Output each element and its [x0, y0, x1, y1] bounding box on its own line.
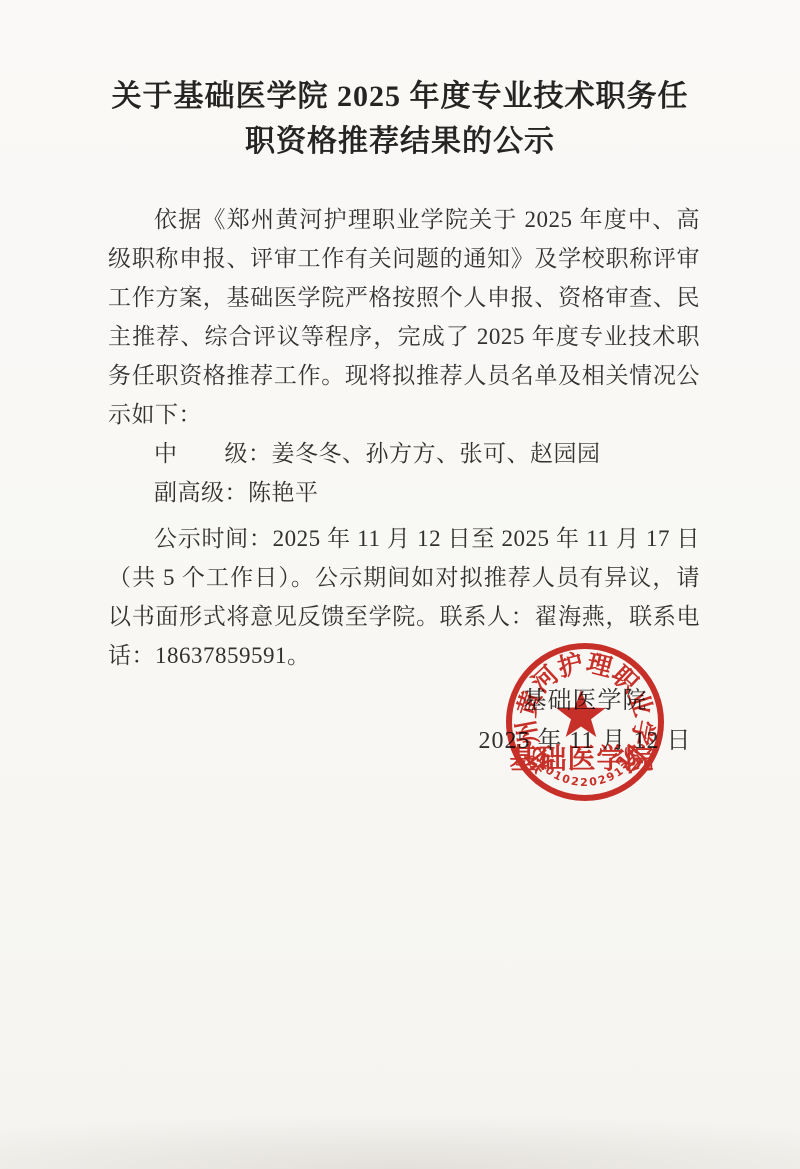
intro-paragraph: 依据《郑州黄河护理职业学院关于 2025 年度中、高级职称申报、评审工作有关问题… — [108, 200, 700, 434]
title-line-1: 关于基础医学院 2025 年度专业技术职务任 — [112, 80, 689, 113]
document-body: 依据《郑州黄河护理职业学院关于 2025 年度中、高级职称申报、评审工作有关问题… — [108, 200, 700, 675]
official-seal-stamp: 郑州黄河护理职业学院 基础医学院 4101022029175 — [485, 622, 685, 822]
stamp-inner-text: 基础医学院 — [509, 743, 654, 775]
senior-level-recommendation-line: 副高级：陈艳平 — [108, 473, 700, 512]
mid-level-recommendation-line: 中 级：姜冬冬、孙方方、张可、赵园园 — [108, 434, 700, 473]
title-line-2: 职资格推荐结果的公示 — [245, 125, 555, 158]
scanned-document-page: 关于基础医学院 2025 年度专业技术职务任职资格推荐结果的公示 依据《郑州黄河… — [0, 0, 800, 1169]
stamp-star-icon — [556, 690, 605, 737]
document-title: 关于基础医学院 2025 年度专业技术职务任职资格推荐结果的公示 — [100, 74, 700, 164]
